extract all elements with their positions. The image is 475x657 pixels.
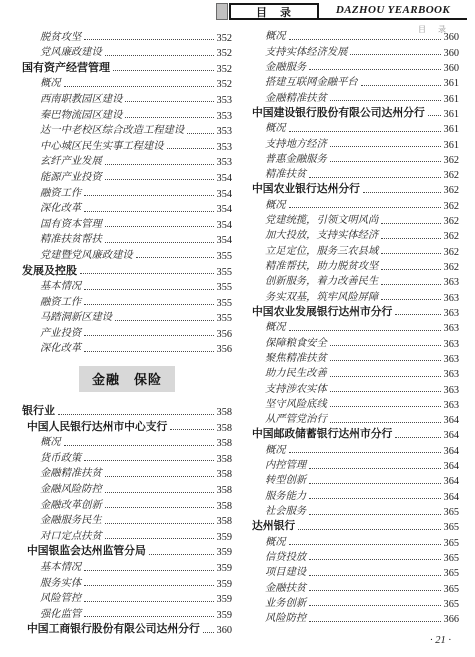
toc-entry: 从严管党治行364 [247,411,459,426]
toc-title: 目 录 [256,4,292,20]
toc-entry-page: 361 [444,78,459,89]
toc-entry-page: 365 [444,599,459,610]
dot-leader [289,131,441,132]
toc-entry: 转型创新364 [247,472,459,487]
toc-entry-page: 362 [444,262,459,273]
toc-entry-page: 364 [444,461,459,472]
toc-entry: 中国农业银行达州分行362 [247,181,459,196]
toc-entry-page: 354 [217,204,232,215]
toc-entry-title: 概况 [265,199,286,212]
dot-leader [381,299,440,300]
toc-entry-title: 产业投资 [40,327,81,340]
dot-leader [136,257,214,258]
toc-entry-title: 强化监管 [40,608,81,621]
toc-entry: 内控管理364 [247,457,459,472]
toc-entry: 金融精准扶贫358 [22,465,232,481]
toc-entry: 基本情况359 [22,558,232,574]
toc-entry-title: 创新服务，着力改善民生 [265,275,378,288]
dot-leader [363,192,441,193]
toc-entry-page: 359 [217,610,232,621]
toc-entry: 金融扶贫365 [247,579,459,594]
toc-entry-page: 362 [444,185,459,196]
toc-entry-title: 能源产业投资 [40,171,102,184]
dot-leader [84,616,213,617]
toc-entry-page: 354 [217,235,232,246]
dot-leader [361,85,441,86]
dot-leader [105,226,214,227]
toc-entry: 项目建设365 [247,564,459,579]
dot-leader [309,498,440,499]
toc-entry: 达一中老校区综合改造工程建设353 [22,122,232,138]
dot-leader [105,242,214,243]
toc-entry-title: 中国人民银行达州市中心支行 [27,421,167,434]
toc-entry-title: 秦巴物流园区建设 [40,109,122,122]
toc-entry: 概况363 [247,319,459,334]
toc-entry: 融资工作355 [22,293,232,309]
dot-leader [149,554,214,555]
toc-entry: 中国工商银行股份有限公司达州分行360 [22,621,232,637]
toc-entry-page: 355 [217,313,232,324]
toc-entry: 服务能力364 [247,487,459,502]
toc-entry: 货币政策358 [22,449,232,465]
toc-list-left-bottom: 银行业358中国人民银行达州市中心支行358概况358货币政策358金融精准扶贫… [22,402,232,636]
header-rule: DAZHOU YEARBOOK [319,3,467,20]
toc-entry-title: 普惠金融服务 [265,153,327,166]
toc-entry: 产业投资356 [22,324,232,340]
toc-entry-page: 363 [444,369,459,380]
toc-entry-title: 深化改革 [40,202,81,215]
toc-entry-page: 366 [444,614,459,625]
toc-entry: 能源产业投资354 [22,168,232,184]
toc-entry-page: 362 [444,216,459,227]
toc-entry-title: 基本情况 [40,280,81,293]
toc-entry: 中国人民银行达州市中心支行358 [22,418,232,434]
toc-entry-title: 中国农业银行达州分行 [252,183,360,196]
dot-leader [84,570,213,571]
toc-entry-page: 365 [444,553,459,564]
toc-entry: 中心城区民生实事工程建设353 [22,137,232,153]
toc-entry-title: 社会服务 [265,505,306,518]
toc-entry: 秦巴物流园区建设353 [22,106,232,122]
toc-entry-title: 坚守风险底线 [265,398,327,411]
toc-entry: 中国银监会达州监管分局359 [22,543,232,559]
toc-entry-title: 中国邮政储蓄银行达州市分行 [252,428,392,441]
dot-leader [105,538,214,539]
toc-entry-page: 352 [217,33,232,44]
toc-entry: 西南职教园区建设353 [22,90,232,106]
toc-entry-page: 362 [444,231,459,242]
toc-entry-page: 358 [217,407,232,418]
dot-leader [84,601,213,602]
dot-leader [84,351,213,352]
dot-leader [309,514,440,515]
toc-entry: 对口定点扶贫359 [22,527,232,543]
toc-entry-page: 358 [217,516,232,527]
toc-entry-page: 354 [217,220,232,231]
toc-entry-page: 353 [217,95,232,106]
toc-entry-title: 金融精准扶贫 [265,92,327,105]
toc-entry: 加大投放，支持实体经济362 [247,227,459,242]
toc-entry-page: 355 [217,267,232,278]
dot-leader [298,529,440,530]
toc-entry-page: 361 [444,94,459,105]
dot-leader [64,86,214,87]
dot-leader [330,376,441,377]
toc-entry-page: 364 [444,415,459,426]
toc-entry-title: 马踏洞新区建设 [40,311,112,324]
toc-entry-page: 359 [217,563,232,574]
dot-leader [167,148,214,149]
toc-entry-title: 脱贫攻坚 [40,31,81,44]
dot-leader [187,133,213,134]
toc-entry-page: 365 [444,507,459,518]
toc-entry-title: 基本情况 [40,561,81,574]
toc-entry-title: 中心城区民生实事工程建设 [40,140,164,153]
toc-entry-title: 概况 [265,122,286,135]
toc-entry: 概况365 [247,533,459,548]
toc-entry-page: 358 [217,485,232,496]
toc-entry-page: 365 [444,538,459,549]
toc-entry-title: 金融服务民生 [40,514,102,527]
dot-leader [381,238,440,239]
toc-entry: 概况358 [22,434,232,450]
toc-entry: 助力民生改善363 [247,365,459,380]
dot-leader [64,445,214,446]
dot-leader [309,483,440,484]
toc-entry-title: 服务能力 [265,490,306,503]
toc-entry: 保障粮食安全363 [247,334,459,349]
toc-entry-title: 中国银监会达州监管分局 [27,545,146,558]
toc-entry-title: 从严管党治行 [265,413,327,426]
toc-entry-page: 364 [444,492,459,503]
toc-entry-title: 业务创新 [265,597,306,610]
toc-entry-title: 银行业 [22,405,55,418]
toc-entry-page: 355 [217,282,232,293]
dot-leader [330,422,441,423]
page-number-footer: · 21 · [430,635,451,646]
dot-leader [330,161,441,162]
toc-list-right: 概况360支持实体经济发展360金融服务360搭建互联网金融平台361金融精准扶… [247,28,459,625]
toc-entry-title: 概况 [265,30,286,43]
toc-entry: 支持实体经济发展360 [247,43,459,58]
toc-entry-page: 363 [444,308,459,319]
toc-entry: 聚焦精准扶贫363 [247,350,459,365]
toc-entry-title: 中国工商银行股份有限公司达州分行 [27,623,200,636]
toc-entry-title: 支持涉农实体 [265,383,327,396]
dot-leader [289,330,441,331]
toc-entry: 马踏洞新区建设355 [22,309,232,325]
toc-entry-page: 364 [444,476,459,487]
toc-entry: 业务创新365 [247,595,459,610]
toc-entry-page: 354 [217,189,232,200]
toc-entry: 脱贫攻坚352 [22,28,232,44]
dot-leader [309,590,440,591]
dot-leader [105,179,214,180]
toc-entry-title: 内控管理 [265,459,306,472]
toc-entry: 信贷投放365 [247,549,459,564]
toc-entry-title: 深化改革 [40,342,81,355]
toc-entry-page: 365 [444,584,459,595]
toc-entry: 社会服务365 [247,503,459,518]
toc-entry-page: 360 [217,625,232,636]
dot-leader [80,273,214,274]
toc-entry-page: 363 [444,385,459,396]
dot-leader [84,335,213,336]
toc-entry: 支持涉农实体363 [247,380,459,395]
toc-entry: 深化改革354 [22,200,232,216]
toc-entry: 概况364 [247,441,459,456]
toc-entry: 中国建设银行股份有限公司达州分行361 [247,105,459,120]
toc-entry-title: 概况 [265,321,286,334]
dot-leader [289,452,441,453]
toc-entry-page: 359 [217,579,232,590]
dot-leader [330,406,441,407]
toc-entry: 金融服务民生358 [22,512,232,528]
toc-entry-title: 达州银行 [252,520,295,533]
toc-entry: 立足定位，服务三农县域362 [247,242,459,257]
dot-leader [115,320,213,321]
toc-entry-title: 金融服务 [265,61,306,74]
dot-leader [381,253,440,254]
toc-entry-title: 融资工作 [40,187,81,200]
dot-leader [105,164,214,165]
toc-entry: 中国农业发展银行达州市分行363 [247,304,459,319]
toc-entry-page: 360 [444,48,459,59]
toc-entry-page: 356 [217,344,232,355]
toc-entry-page: 362 [444,247,459,258]
toc-entry: 坚守风险底线363 [247,396,459,411]
toc-entry-title: 服务实体 [40,577,81,590]
toc-title-box: 目 录 [229,3,319,20]
toc-entry: 务实双基，筑牢风险屏障363 [247,288,459,303]
toc-entry-title: 金融改革创新 [40,499,102,512]
toc-entry-title: 对口定点扶贫 [40,530,102,543]
toc-entry-page: 360 [444,32,459,43]
dot-leader [105,492,214,493]
toc-entry-page: 359 [217,547,232,558]
toc-entry: 党风廉政建设352 [22,44,232,60]
toc-entry-page: 358 [217,438,232,449]
toc-entry: 基本情况355 [22,278,232,294]
toc-entry: 中国邮政储蓄银行达州市分行364 [247,426,459,441]
toc-entry-title: 助力民生改善 [265,367,327,380]
toc-entry-title: 保障粮食安全 [265,337,327,350]
toc-entry: 金融风险防控358 [22,480,232,496]
dot-leader [84,585,213,586]
toc-entry: 精准扶贫362 [247,166,459,181]
toc-entry: 支持地方经济361 [247,135,459,150]
dot-leader [330,146,441,147]
dot-leader [105,507,214,508]
toc-entry-page: 365 [444,568,459,579]
section-banner-wrap: 金融 保险 [22,355,232,402]
toc-entry-page: 365 [444,522,459,533]
dot-leader [309,559,440,560]
toc-entry: 搭建互联网金融平台361 [247,74,459,89]
dot-leader [84,39,213,40]
dot-leader [381,284,440,285]
toc-entry-page: 363 [444,400,459,411]
dot-leader [113,70,214,71]
toc-entry-title: 概况 [265,444,286,457]
toc-entry-title: 搭建互联网金融平台 [265,76,358,89]
toc-entry-page: 354 [217,173,232,184]
toc-list-left-top: 脱贫攻坚352党风廉政建设352国有资产经营管理352概况352西南职教园区建设… [22,28,232,355]
toc-entry-title: 金融精准扶贫 [40,467,102,480]
toc-entry-page: 358 [217,454,232,465]
toc-entry-title: 西南职教园区建设 [40,93,122,106]
toc-entry-page: 359 [217,532,232,543]
toc-entry-title: 金融风险防控 [40,483,102,496]
toc-entry-page: 352 [217,79,232,90]
toc-entry-title: 聚焦精准扶贫 [265,352,327,365]
toc-entry-title: 支持地方经济 [265,138,327,151]
toc-entry-page: 353 [217,157,232,168]
toc-entry-page: 362 [444,155,459,166]
toc-entry-title: 概况 [40,436,61,449]
toc-entry-page: 361 [444,140,459,151]
toc-entry-page: 363 [444,277,459,288]
toc-entry: 融资工作354 [22,184,232,200]
toc-entry-page: 364 [444,430,459,441]
header-tab-square-icon [216,3,228,20]
toc-entry-page: 362 [444,170,459,181]
toc-entry-page: 362 [444,201,459,212]
dot-leader [381,223,440,224]
toc-entry-page: 364 [444,446,459,457]
dot-leader [330,391,441,392]
toc-entry: 概况362 [247,196,459,211]
toc-entry-title: 概况 [40,77,61,90]
toc-entry: 金融改革创新358 [22,496,232,512]
toc-entry: 深化改革356 [22,340,232,356]
dot-leader [395,314,440,315]
dot-leader [289,39,441,40]
toc-entry-page: 356 [217,329,232,340]
toc-entry-page: 359 [217,594,232,605]
toc-entry: 精准扶贫帮扶354 [22,231,232,247]
toc-entry-title: 精准扶贫 [265,168,306,181]
dot-leader [125,101,213,102]
toc-entry-page: 352 [217,48,232,59]
toc-entry: 党建暨党风廉政建设355 [22,246,232,262]
section-banner: 金融 保险 [79,366,175,392]
dot-leader [84,304,213,305]
toc-entry-title: 国有资产经营管理 [22,62,110,75]
toc-entry-page: 360 [444,63,459,74]
toc-entry-page: 352 [217,64,232,75]
toc-entry-title: 务实双基，筑牢风险屏障 [265,291,378,304]
toc-entry: 党建统揽，引领文明风尚362 [247,212,459,227]
toc-entry: 玄纤产业发展353 [22,153,232,169]
dot-leader [105,523,214,524]
toc-entry: 强化监管359 [22,605,232,621]
toc-entry: 服务实体359 [22,574,232,590]
toc-entry-title: 党建暨党风廉政建设 [40,249,133,262]
toc-entry-title: 党建统揽，引领文明风尚 [265,214,378,227]
toc-entry: 风险管控359 [22,590,232,606]
toc-entry-title: 党风廉政建设 [40,46,102,59]
toc-entry-title: 精准扶贫帮扶 [40,233,102,246]
dot-leader [289,207,441,208]
toc-entry: 国有资产经营管理352 [22,59,232,75]
toc-entry: 风险防控366 [247,610,459,625]
dot-leader [309,468,440,469]
dot-leader [330,345,441,346]
toc-entry-title: 发展及控股 [22,265,77,278]
toc-entry-title: 国有资本管理 [40,218,102,231]
toc-entry-page: 358 [217,501,232,512]
dot-leader [170,429,213,430]
column-right: 概况360支持实体经济发展360金融服务360搭建互联网金融平台361金融精准扶… [247,28,459,625]
dot-leader [84,211,213,212]
toc-entry-page: 363 [444,323,459,334]
toc-entry-title: 风险管控 [40,592,81,605]
toc-entry-page: 363 [444,293,459,304]
toc-entry-title: 风险防控 [265,612,306,625]
toc-entry: 国有资本管理354 [22,215,232,231]
dot-leader [105,476,214,477]
toc-entry-title: 项目建设 [265,566,306,579]
toc-entry: 概况360 [247,28,459,43]
dot-leader [350,54,440,55]
toc-entry-title: 玄纤产业发展 [40,155,102,168]
toc-entry-page: 353 [217,126,232,137]
toc-entry-title: 中国建设银行股份有限公司达州分行 [252,107,425,120]
toc-entry-page: 358 [217,423,232,434]
toc-entry-title: 融资工作 [40,296,81,309]
dot-leader [84,195,213,196]
toc-entry: 创新服务，着力改善民生363 [247,273,459,288]
dot-leader [381,269,440,270]
dot-leader [203,632,214,633]
dot-leader [105,55,214,56]
toc-entry-page: 353 [217,142,232,153]
toc-entry-title: 达一中老校区综合改造工程建设 [40,124,184,137]
toc-entry: 概况361 [247,120,459,135]
toc-entry-page: 355 [217,298,232,309]
toc-entry: 金融服务360 [247,59,459,74]
dot-leader [309,605,440,606]
page-header: 目 录 DAZHOU YEARBOOK [216,3,467,20]
dot-leader [428,115,441,116]
toc-entry-title: 概况 [265,536,286,549]
toc-entry-title: 精准帮扶，助力脱贫攻坚 [265,260,378,273]
toc-entry-title: 货币政策 [40,452,81,465]
dot-leader [309,621,440,622]
toc-entry-title: 信贷投放 [265,551,306,564]
toc-entry: 概况352 [22,75,232,91]
toc-entry-title: 中国农业发展银行达州市分行 [252,306,392,319]
dot-leader [289,544,441,545]
dot-leader [309,177,440,178]
toc-entry: 发展及控股355 [22,262,232,278]
dot-leader [395,437,440,438]
toc-entry: 普惠金融服务362 [247,151,459,166]
yearbook-title: DAZHOU YEARBOOK [336,4,450,16]
toc-entry: 金融精准扶贫361 [247,89,459,104]
toc-entry: 银行业358 [22,402,232,418]
dot-leader [84,460,213,461]
toc-entry-title: 支持实体经济发展 [265,46,347,59]
toc-entry-title: 加大投放，支持实体经济 [265,229,378,242]
dot-leader [84,289,213,290]
dot-leader [125,117,213,118]
toc-entry-page: 355 [217,251,232,262]
toc-entry-page: 353 [217,111,232,122]
toc-entry-title: 立足定位，服务三农县域 [265,245,378,258]
dot-leader [330,360,441,361]
